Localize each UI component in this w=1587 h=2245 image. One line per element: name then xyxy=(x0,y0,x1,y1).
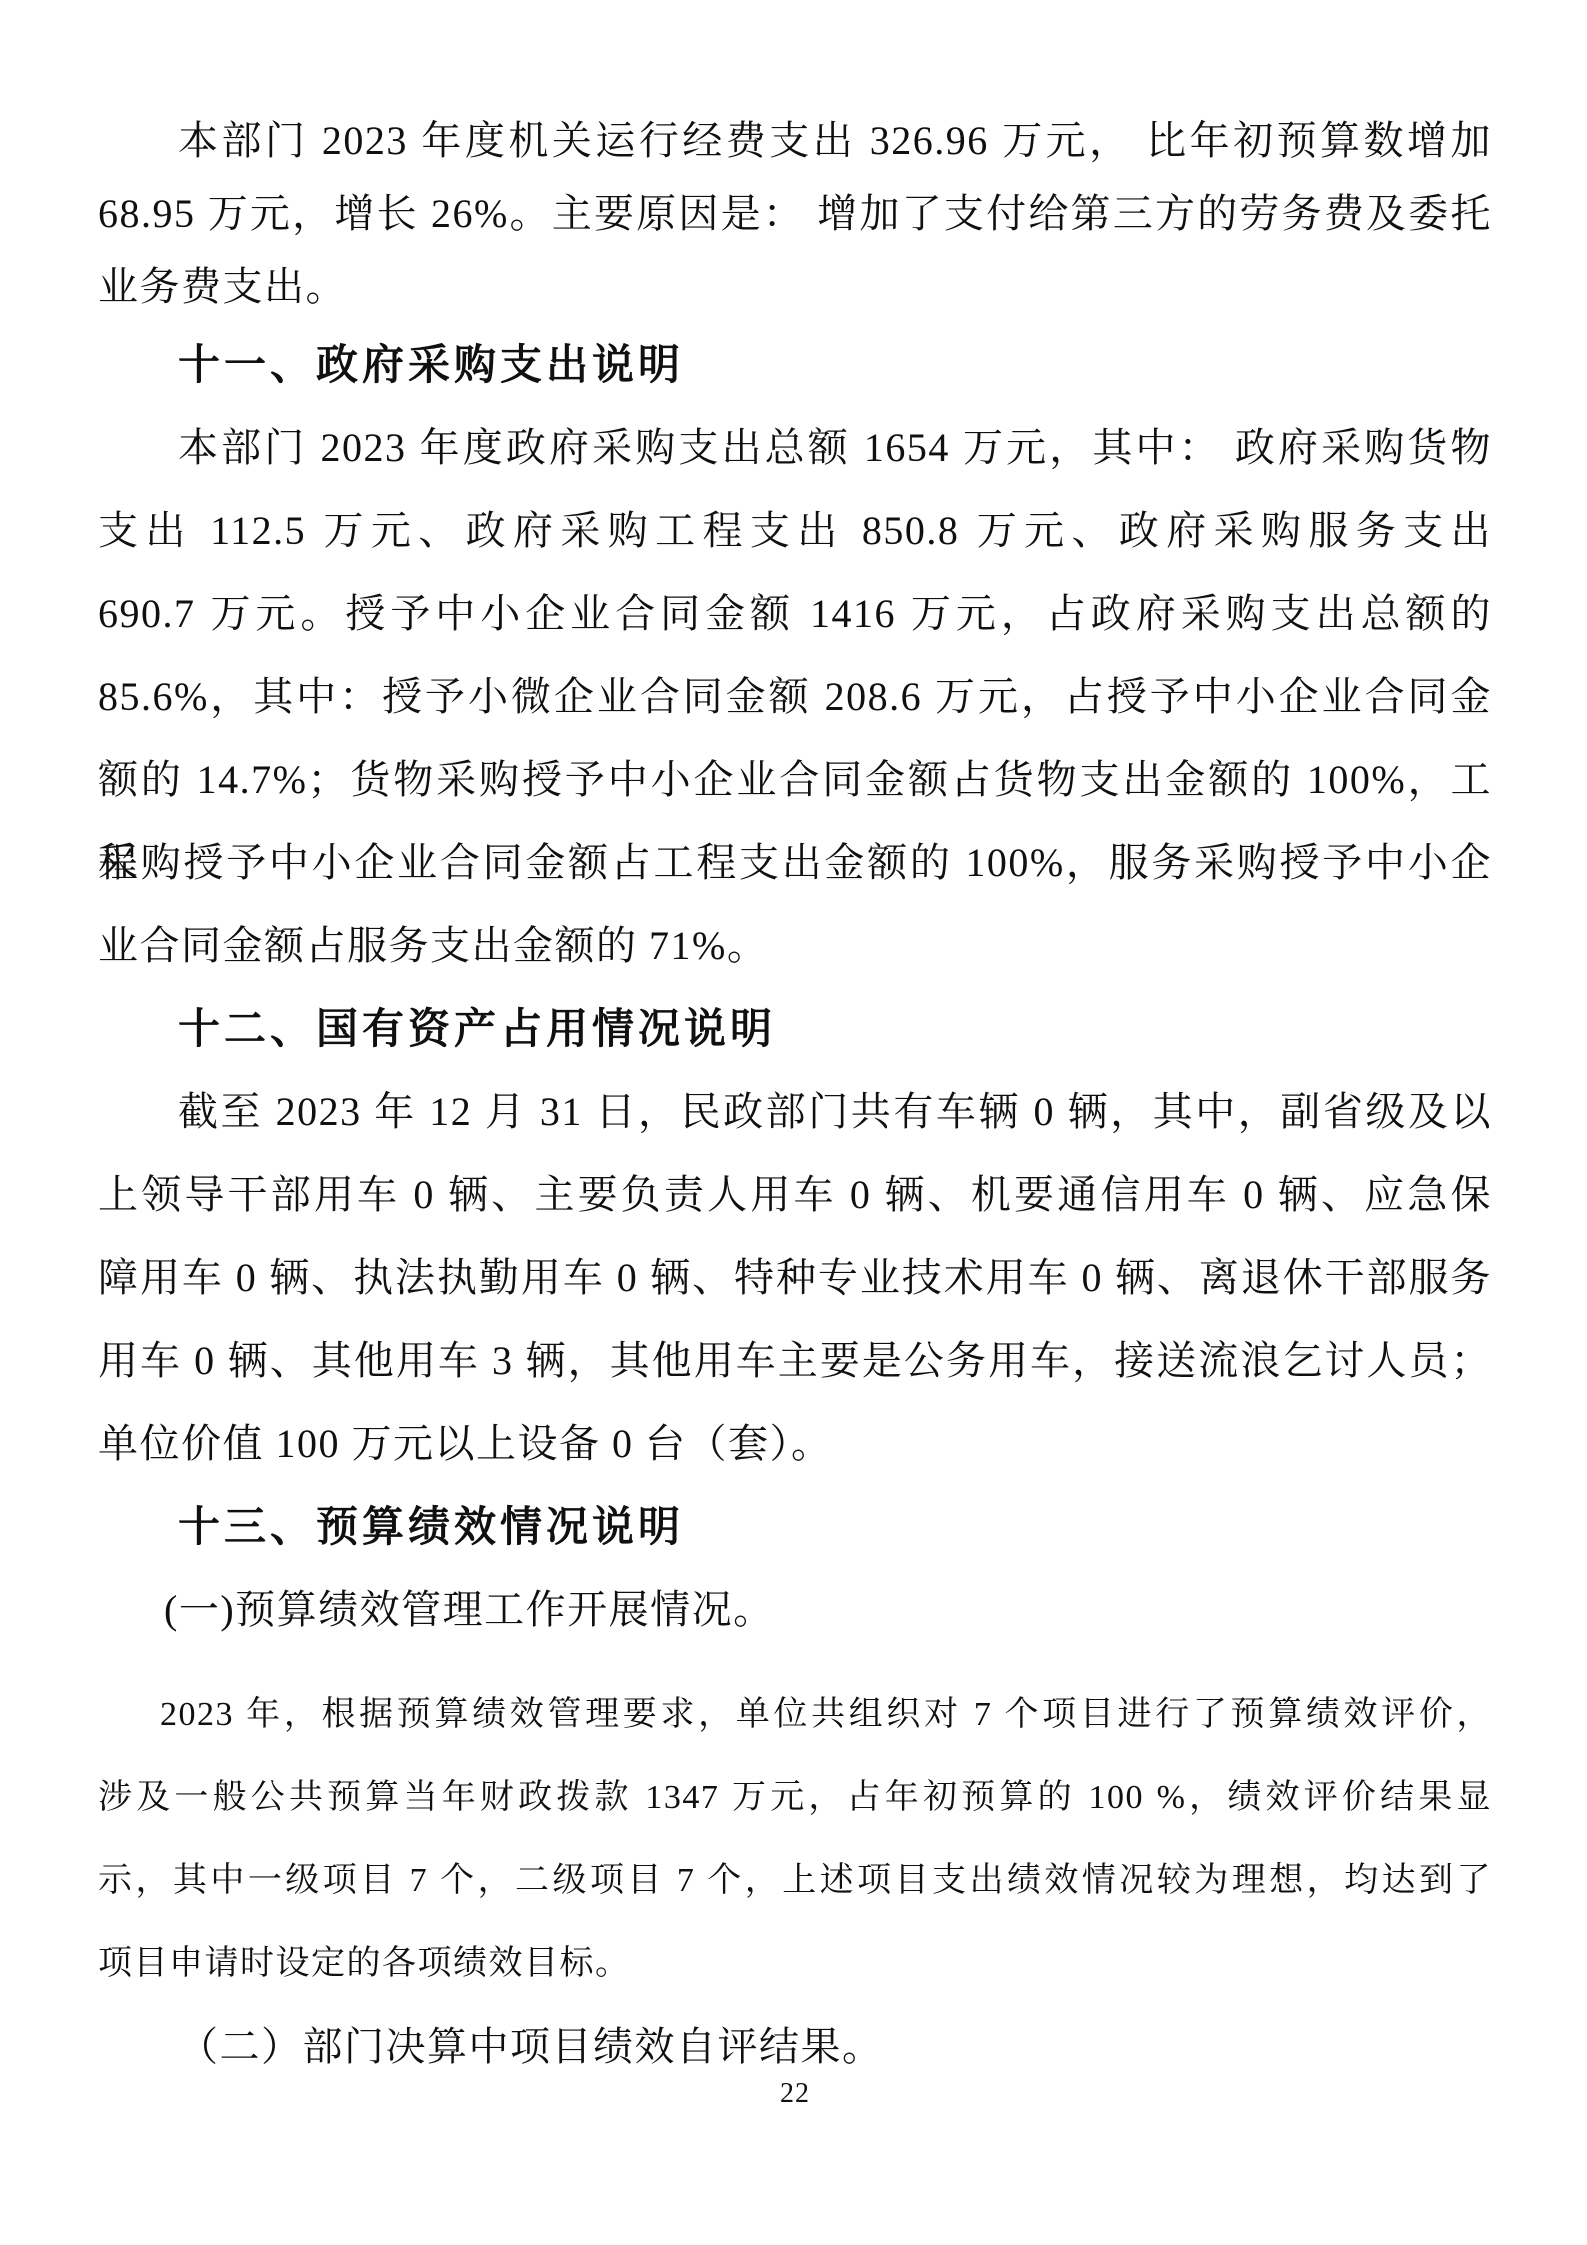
body-line: 用车 0 辆、其他用车 3 辆，其他用车主要是公务用车，接送流浪乞讨人员； xyxy=(98,1319,1492,1402)
body-line: 上领导干部用车 0 辆、主要负责人用车 0 辆、机要通信用车 0 辆、应急保 xyxy=(98,1153,1492,1236)
body-line: 截至 2023 年 12 月 31 日，民政部门共有车辆 0 辆，其中，副省级及… xyxy=(98,1070,1492,1153)
section-heading-gov-procurement: 十一、政府采购支出说明 xyxy=(98,323,1492,406)
body-line: 障用车 0 辆、执法执勤用车 0 辆、特种专业技术用车 0 辆、离退休干部服务 xyxy=(98,1236,1492,1319)
body-line: 业务费支出。 xyxy=(98,250,1492,323)
section-heading-budget-performance: 十三、预算绩效情况说明 xyxy=(98,1485,1492,1568)
body-line: 85.6%，其中：授予小微企业合同金额 208.6 万元，占授予中小企业合同金 xyxy=(98,655,1492,738)
body-line: 单位价值 100 万元以上设备 0 台（套）。 xyxy=(98,1402,1492,1485)
body-line: 额的 14.7%；货物采购授予中小企业合同金额占货物支出金额的 100%，工程 xyxy=(98,738,1492,821)
section-heading-state-assets: 十二、国有资产占用情况说明 xyxy=(98,987,1492,1070)
performance-subtitle-2: （二）部门决算中项目绩效自评结果。 xyxy=(98,2005,1492,2088)
body-line-small: 项目申请时设定的各项绩效目标。 xyxy=(98,1922,1492,2005)
body-line: 业合同金额占服务支出金额的 71%。 xyxy=(98,904,1492,987)
body-line: 本部门 2023 年度机关运行经费支出 326.96 万元， 比年初预算数增加 xyxy=(98,104,1492,177)
body-line: 采购授予中小企业合同金额占工程支出金额的 100%，服务采购授予中小企 xyxy=(98,821,1492,904)
body-line: 本部门 2023 年度政府采购支出总额 1654 万元，其中： 政府采购货物 xyxy=(98,406,1492,489)
document-page: 本部门 2023 年度机关运行经费支出 326.96 万元， 比年初预算数增加 … xyxy=(0,0,1587,2245)
body-line-small: 2023 年，根据预算绩效管理要求，单位共组织对 7 个项目进行了预算绩效评价， xyxy=(98,1673,1492,1756)
body-line: 690.7 万元。授予中小企业合同金额 1416 万元，占政府采购支出总额的 xyxy=(98,572,1492,655)
body-line: 支出 112.5 万元、政府采购工程支出 850.8 万元、政府采购服务支出 xyxy=(98,489,1492,572)
body-line: 68.95 万元，增长 26%。主要原因是： 增加了支付给第三方的劳务费及委托 xyxy=(98,177,1492,250)
body-line-small: 示，其中一级项目 7 个，二级项目 7 个，上述项目支出绩效情况较为理想，均达到… xyxy=(98,1839,1492,1922)
performance-subtitle-1: (一)预算绩效管理工作开展情况。 xyxy=(98,1568,1492,1651)
body-line-small: 涉及一般公共预算当年财政拨款 1347 万元，占年初预算的 100 %，绩效评价… xyxy=(98,1756,1492,1839)
